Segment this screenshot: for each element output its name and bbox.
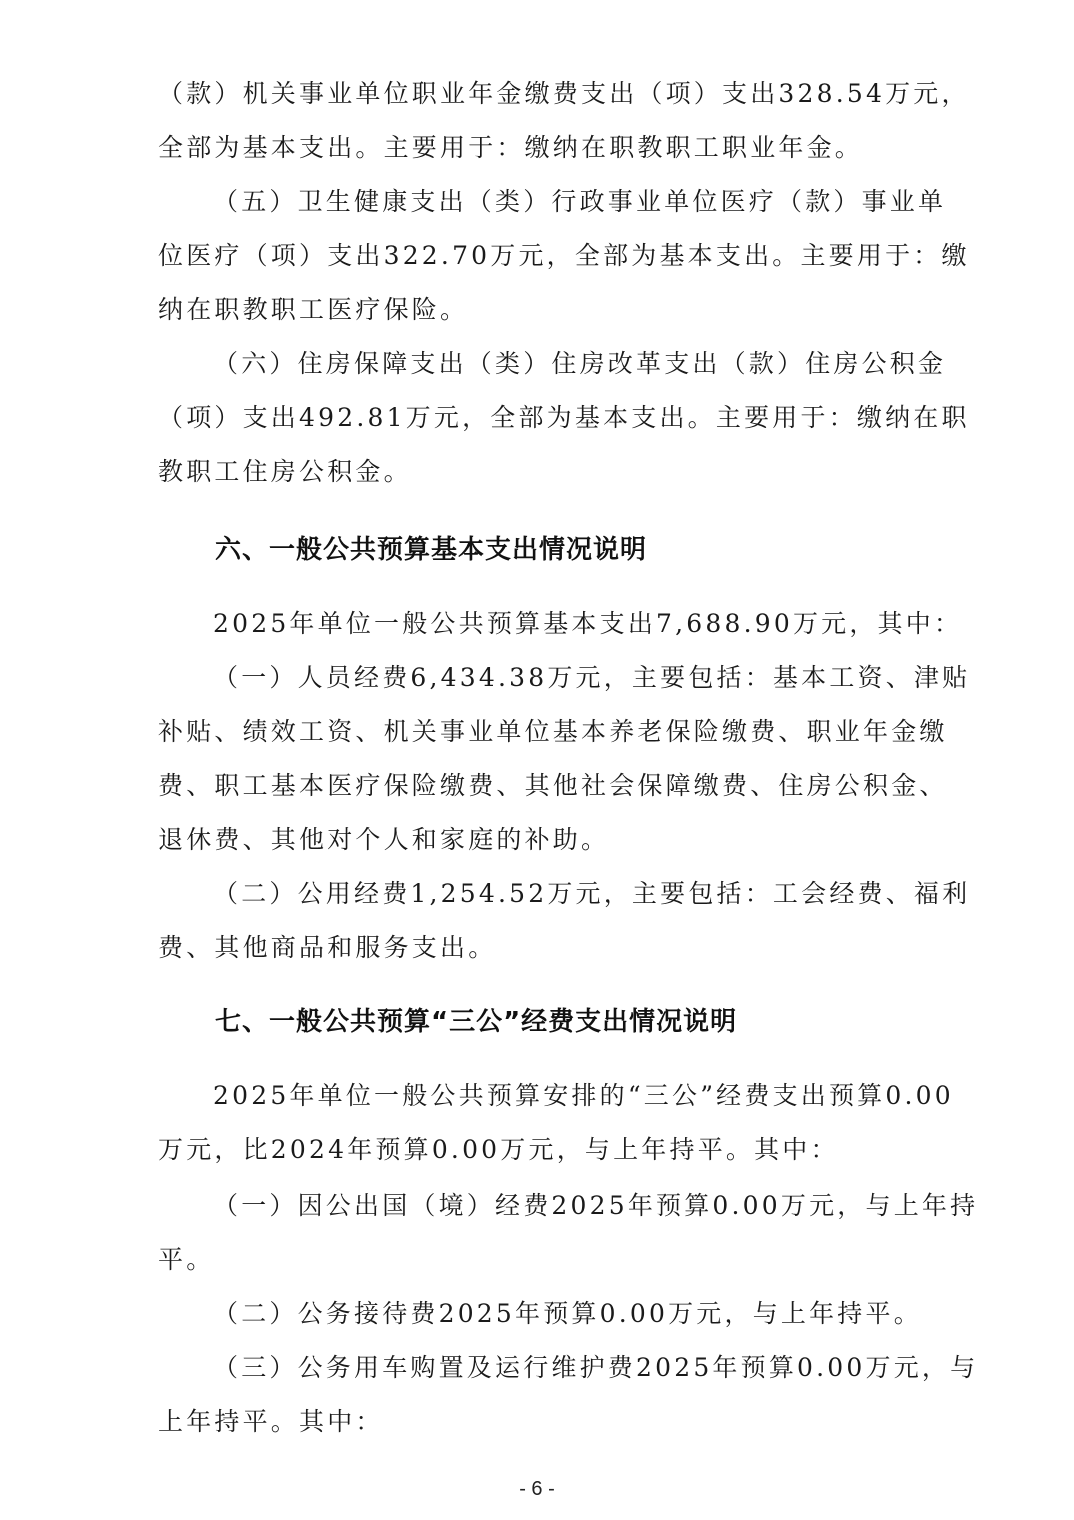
paragraph-line: （一）因公出国（境）经费2025年预算0.00万元，与上年持 xyxy=(213,1190,978,1222)
paragraph-line: （二）公用经费1,254.52万元，主要包括：工会经费、福利 xyxy=(213,878,970,910)
paragraph-line: （二）公务接待费2025年预算0.00万元，与上年持平。 xyxy=(213,1298,922,1330)
paragraph-line: 上年持平。其中： xyxy=(158,1406,384,1438)
paragraph-line: （款）机关事业单位职业年金缴费支出（项）支出328.54万元， xyxy=(158,78,970,110)
paragraph-line: （六）住房保障支出（类）住房改革支出（款）住房公积金 xyxy=(213,348,946,380)
page-number: - 6 - xyxy=(0,1478,1074,1501)
document-page: （款）机关事业单位职业年金缴费支出（项）支出328.54万元， 全部为基本支出。… xyxy=(0,0,1074,1520)
paragraph-line: （项）支出492.81万元，全部为基本支出。主要用于：缴纳在职 xyxy=(158,402,970,434)
section-heading: 六、一般公共预算基本支出情况说明 xyxy=(215,534,647,566)
paragraph-line: （五）卫生健康支出（类）行政事业单位医疗（款）事业单 xyxy=(213,186,946,218)
paragraph-line: （三）公务用车购置及运行维护费2025年预算0.00万元，与 xyxy=(213,1352,978,1384)
paragraph-line: 补贴、绩效工资、机关事业单位基本养老保险缴费、职业年金缴 xyxy=(158,716,948,748)
paragraph-line: 费、职工基本医疗保险缴费、其他社会保障缴费、住房公积金、 xyxy=(158,770,948,802)
paragraph-line: 全部为基本支出。主要用于：缴纳在职教职工职业年金。 xyxy=(158,132,863,164)
paragraph-line: 万元，比2024年预算0.00万元，与上年持平。其中： xyxy=(158,1134,839,1166)
paragraph-line: 纳在职教职工医疗保险。 xyxy=(158,294,468,326)
paragraph-line: 平。 xyxy=(158,1244,214,1276)
paragraph-line: 2025年单位一般公共预算安排的“三公”经费支出预算0.00 xyxy=(213,1080,954,1112)
paragraph-line: 2025年单位一般公共预算基本支出7,688.90万元，其中： xyxy=(213,608,962,640)
section-heading: 七、一般公共预算“三公”经费支出情况说明 xyxy=(215,1006,737,1038)
paragraph-line: 退休费、其他对个人和家庭的补助。 xyxy=(158,824,609,856)
paragraph-line: 教职工住房公积金。 xyxy=(158,456,412,488)
paragraph-line: 费、其他商品和服务支出。 xyxy=(158,932,496,964)
paragraph-line: 位医疗（项）支出322.70万元，全部为基本支出。主要用于：缴 xyxy=(158,240,970,272)
paragraph-line: （一）人员经费6,434.38万元，主要包括：基本工资、津贴 xyxy=(213,662,970,694)
